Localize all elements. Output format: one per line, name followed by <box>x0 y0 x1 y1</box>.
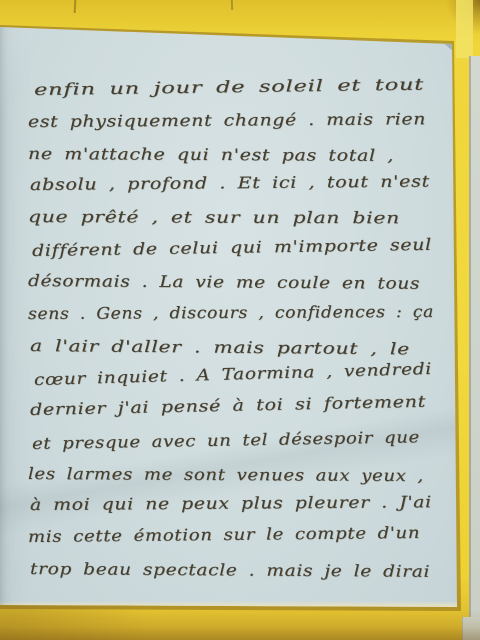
handwritten-line: absolu , profond . Et ici , tout n'est <box>30 166 430 201</box>
handwritten-line: trop beau spectacle . mais je le dirai <box>30 553 430 588</box>
handwritten-line: enfin un jour de soleil et tout <box>34 69 425 106</box>
handwritten-line: différent de celui qui m'importe seul <box>32 229 432 267</box>
letter-text: enfin un jour de soleil et tout est phys… <box>28 74 448 583</box>
folder-edge-highlight <box>456 0 473 58</box>
letter-paper: enfin un jour de soleil et tout est phys… <box>0 0 480 640</box>
handwritten-line: est physiquement changé . mais rien <box>28 103 426 138</box>
handwritten-line: à moi qui ne peux plus pleurer . J'ai <box>30 487 432 522</box>
handwritten-line: mis cette émotion sur le compte d'un <box>28 517 420 553</box>
folder-crease-mark <box>231 0 233 10</box>
handwritten-line: sens . Gens , discours , confidences : ç… <box>28 295 434 329</box>
handwritten-line: et presque avec un tel désespoir que <box>32 421 420 460</box>
handwritten-line: désormais . La vie me coule en tous <box>28 265 420 300</box>
bottom-shadow <box>0 610 480 640</box>
adjacent-sheet-edge <box>469 56 480 640</box>
letter-photograph: enfin un jour de soleil et tout est phys… <box>0 0 480 640</box>
